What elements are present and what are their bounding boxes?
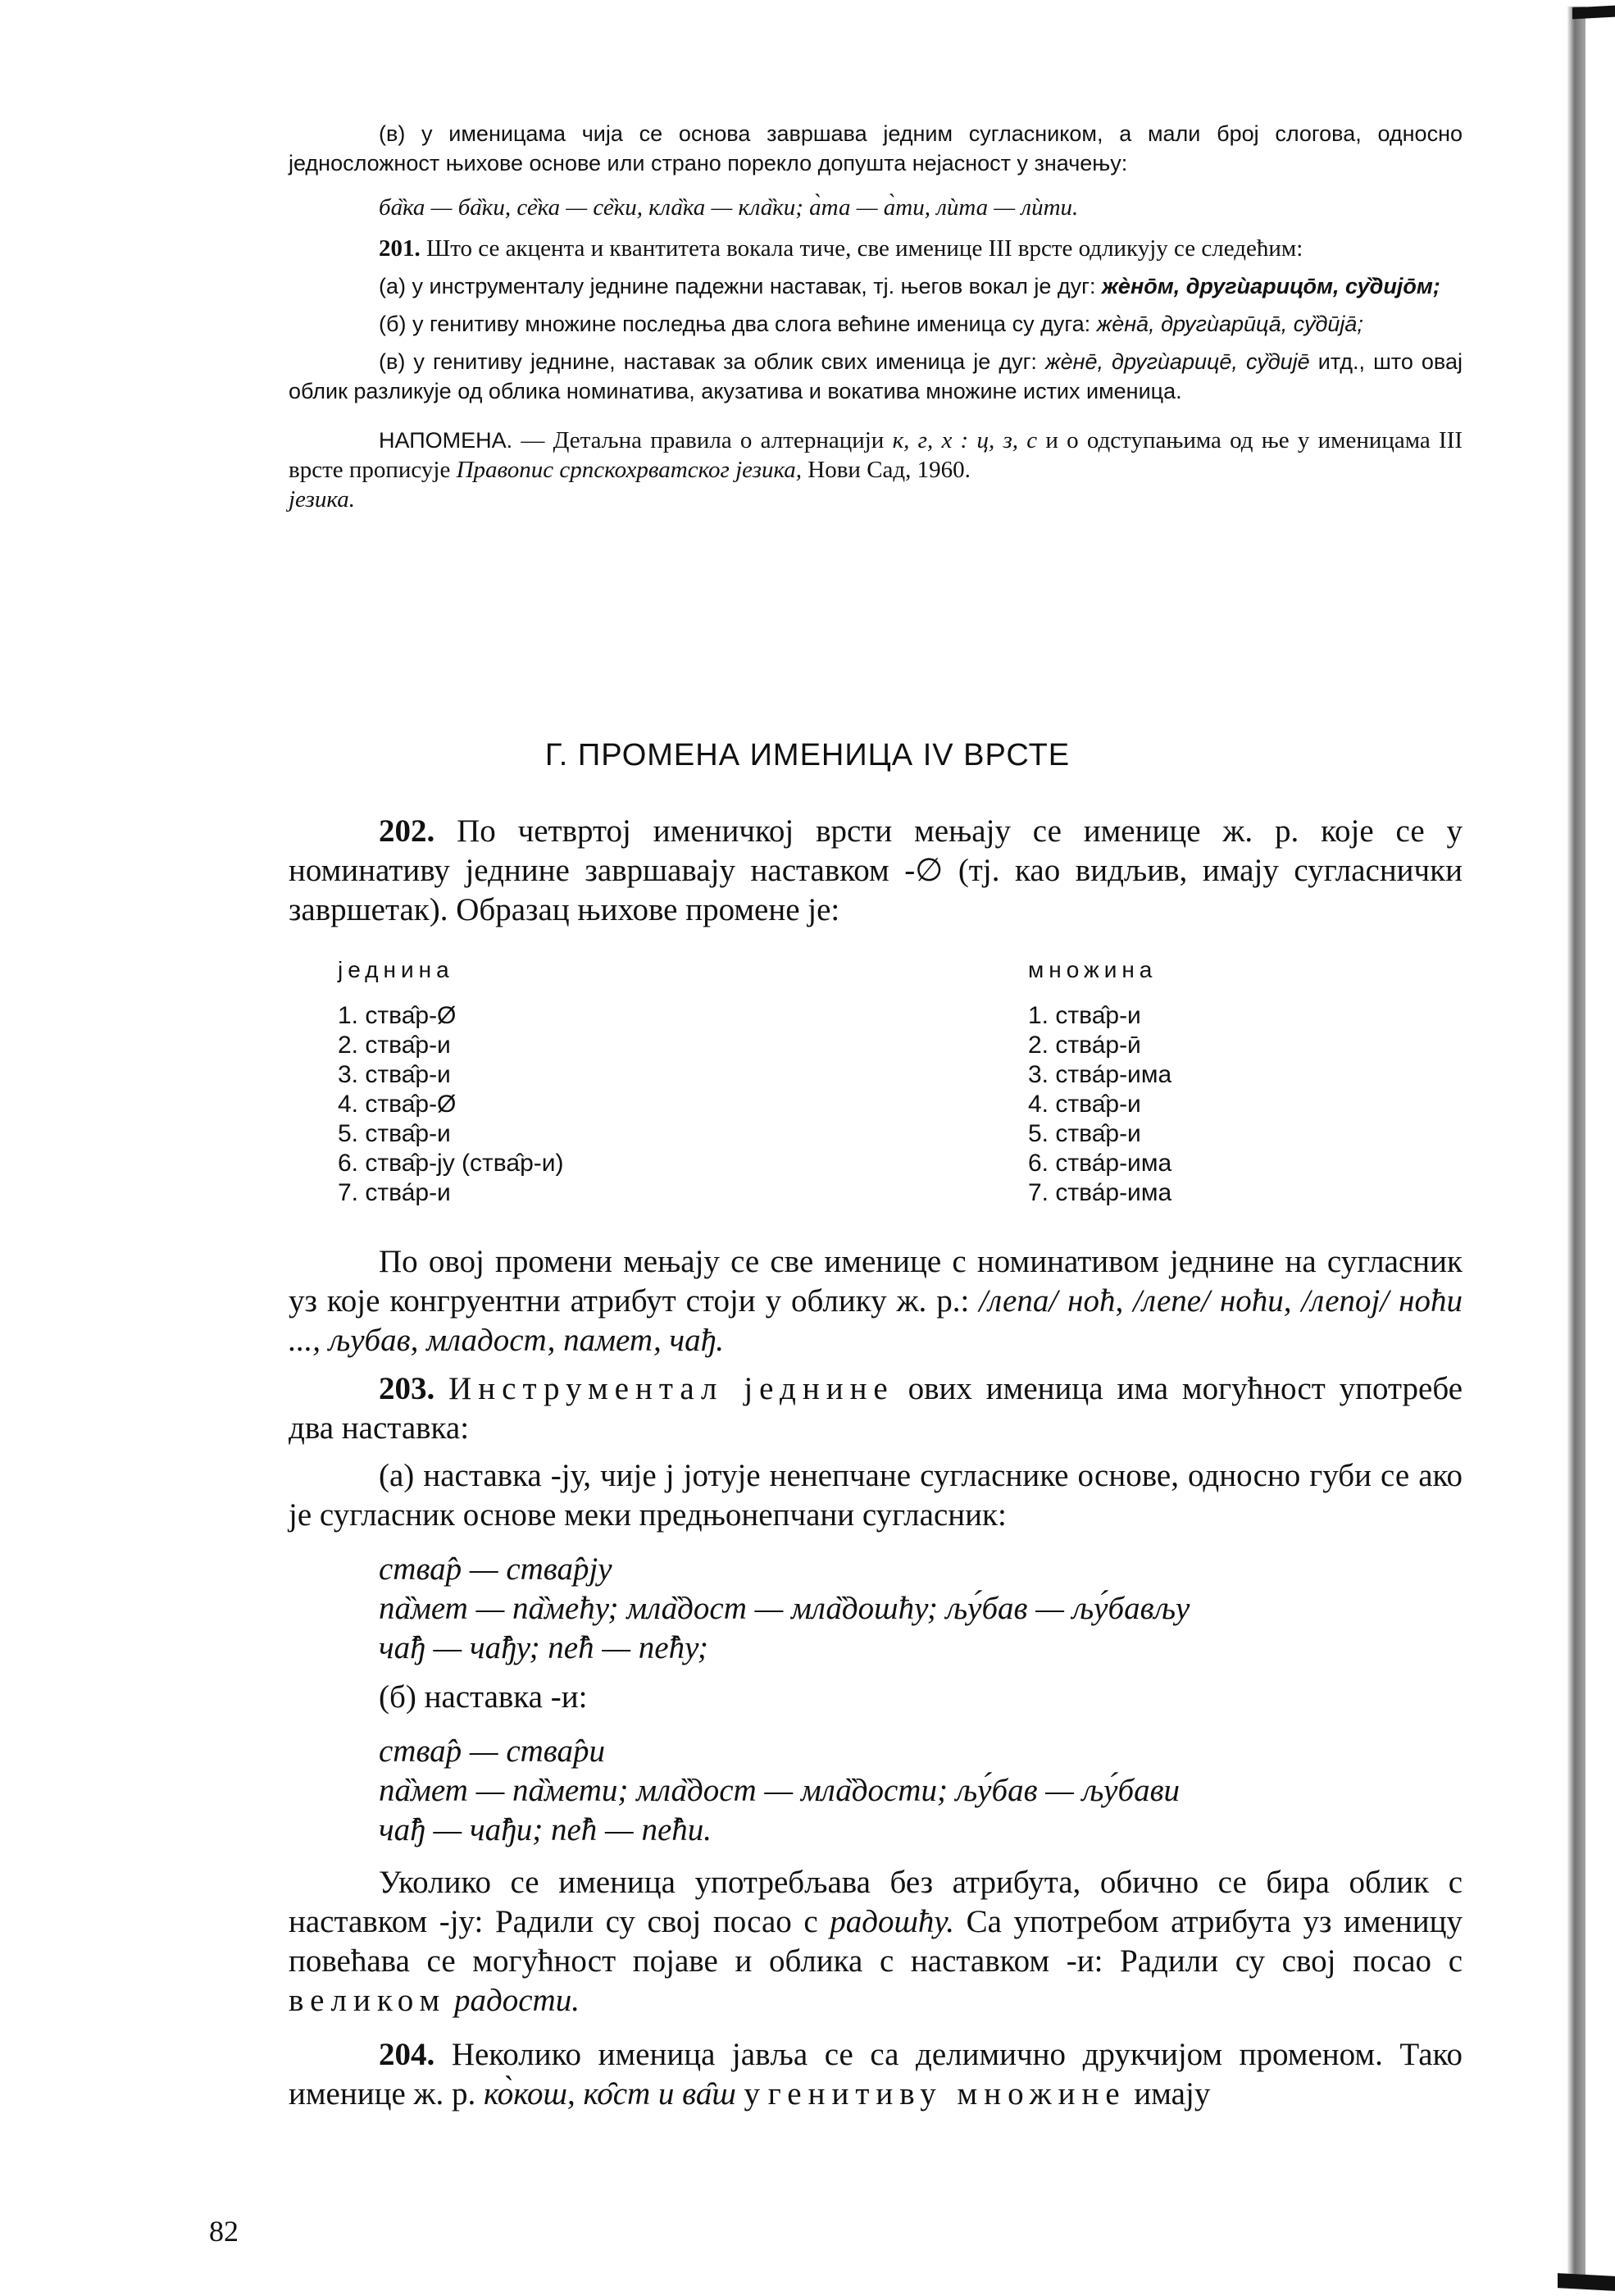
paragraph-number: 203. [379,1371,434,1406]
page-number: 82 [209,2214,239,2248]
plural-column: множина 1. ства̂р-и 2. ства́р-ӣ 3. ства́… [1028,955,1520,1208]
book-page: (в) у именицама чија се основа завршава … [0,0,1615,2296]
examples-b: ства̂р — ства̂ри па̏мет — па̏мети; мла̏д… [289,1732,1463,1850]
paragraph-number: 201. [379,235,421,262]
note-paragraph: НАПОМЕНА. — Детаљна правила о алтернациј… [289,426,1463,514]
page-binding-shadow [1567,7,1585,2282]
page-corner-top [1572,6,1615,20]
example-word: радошћу. [830,1904,954,1939]
paragraph-202-continued: По овој промени мењају се све именице с … [289,1242,1463,1360]
item-b: (б) наставка -и: [289,1678,1463,1717]
paragraph-201-v: (в) у генитиву једнине, наставак за обли… [289,347,1463,406]
example-line: ства̂р — ства̂ри [379,1732,1463,1771]
paragraph-text: имају [1134,2076,1210,2111]
example-line: па̏мет — па̏мећу; мла̏дост — мла̏дошћу; … [379,1589,1463,1629]
note-letters: к, г, х : ц, з, с [893,427,1038,453]
example-word: радости. [454,1983,580,2018]
spaced-emphasis: генитиву множине [768,2076,1126,2111]
table-row: 7. ства́р-има [1028,1178,1520,1208]
item-examples: жѐно̄м, другѝарицо̄м, су̏дијо̄м; [1102,274,1440,298]
table-row: 1. ства̂р-Ø [338,1001,830,1031]
paragraph-204: 204. Неколико именица јавља се са делими… [289,2035,1463,2114]
example-line: ча̂ђ — ча̂ђи; пе̂ћ — пе̂ћи. [379,1811,1463,1850]
item-v-paragraph: (в) у именицама чија се основа завршава … [289,119,1463,178]
table-row: 2. ства́р-ӣ [1028,1031,1520,1060]
item-v-examples: ба̏ка — ба̏ки, се̏ка — се̏ки, кла̏ка — к… [289,193,1463,222]
item-text: (б) у генитиву множине последња два слог… [379,312,1090,336]
paragraph-203: 203. Инструментал једнине ових именица и… [289,1369,1463,2114]
example-line: па̏мет — па̏мети; мла̏дост — мла̏дости; … [379,1771,1463,1811]
table-row: 6. ства̂р-ју (ства̂р-и) [338,1149,830,1178]
page-corner-bottom [1558,2273,1615,2291]
paragraph-text: у [744,2076,761,2111]
section-heading: Г. ПРОМЕНА ИМЕНИЦА IV ВРСТЕ [0,738,1615,773]
top-section: (в) у именицама чија се основа завршава … [289,119,1463,514]
note-label: НАПОМЕНА. [379,428,512,453]
table-row: 7. ства́р-и [338,1178,830,1208]
item-examples: жѐне̄, другѝарице̄, су̏дије̄ [1045,349,1310,374]
note-text: — Детаљна правила о алтернацији [521,427,884,453]
examples-a: ства̂р — ства̂рју па̏мет — па̏мећу; мла̏… [289,1550,1463,1668]
paragraph-number: 204. [379,2037,434,2072]
table-row: 1. ства̂р-и [1028,1001,1520,1031]
spaced-emphasis: великом [289,1983,446,2018]
paragraph-202: 202. По четвртој именичкој врсти мењају … [289,812,1463,930]
column-header: једнина [338,955,830,985]
paragraph-201-b: (б) у генитиву множине последња два слог… [289,309,1463,339]
table-row: 5. ства̂р-и [1028,1119,1520,1149]
table-row: 3. ства̂р-и [338,1060,830,1090]
example-line: ства̂р — ства̂рју [379,1550,1463,1589]
table-row: 4. ства̂р-и [1028,1090,1520,1119]
note-trailing: језика. [289,486,355,512]
example-line: ча̂ђ — ча̂ђу; пе̂ћ — пе̂ћу; [379,1629,1463,1668]
item-a: (а) наставка -ју, чије ј јотује ненепчан… [289,1456,1463,1535]
spaced-emphasis: Инструментал једнине [448,1371,894,1406]
table-row: 4. ства̂р-Ø [338,1090,830,1119]
paragraph-text: Што се акцента и квантитета вокала тиче,… [426,235,1303,262]
table-row: 3. ства́р-има [1028,1060,1520,1090]
table-row: 2. ства̂р-и [338,1031,830,1060]
paragraph-201-a: (а) у инструменталу једнине падежни наст… [289,271,1463,301]
item-text: (а) у инструменталу једнине падежни наст… [379,274,1096,298]
table-row: 6. ства́р-има [1028,1149,1520,1178]
paragraph-number: 202. [379,813,434,849]
paragraph-text: По четвртој именичкој врсти мењају се им… [289,813,1463,927]
paragraph-examples: ко̀кош, ко̑ст и ва̑ш [484,2076,736,2111]
singular-column: једнина 1. ства̂р-Ø 2. ства̂р-и 3. ства̂… [338,955,830,1208]
note-book-title: Правопис српскохрватског језика, [457,457,802,483]
column-header: множина [1028,955,1520,985]
table-row: 5. ства̂р-и [338,1119,830,1149]
paragraph-203-usage: Уколико се именица употребљава без атриб… [289,1863,1463,2020]
paragraph-201: 201. Што се акцента и квантитета вокала … [289,234,1463,263]
note-text: Нови Сад, 1960. [807,457,971,483]
item-examples: жѐна̄, другѝарӣца̄, су̏дӣја̄; [1097,312,1363,336]
item-text: (в) у генитиву једнине, наставак за обли… [379,349,1037,374]
